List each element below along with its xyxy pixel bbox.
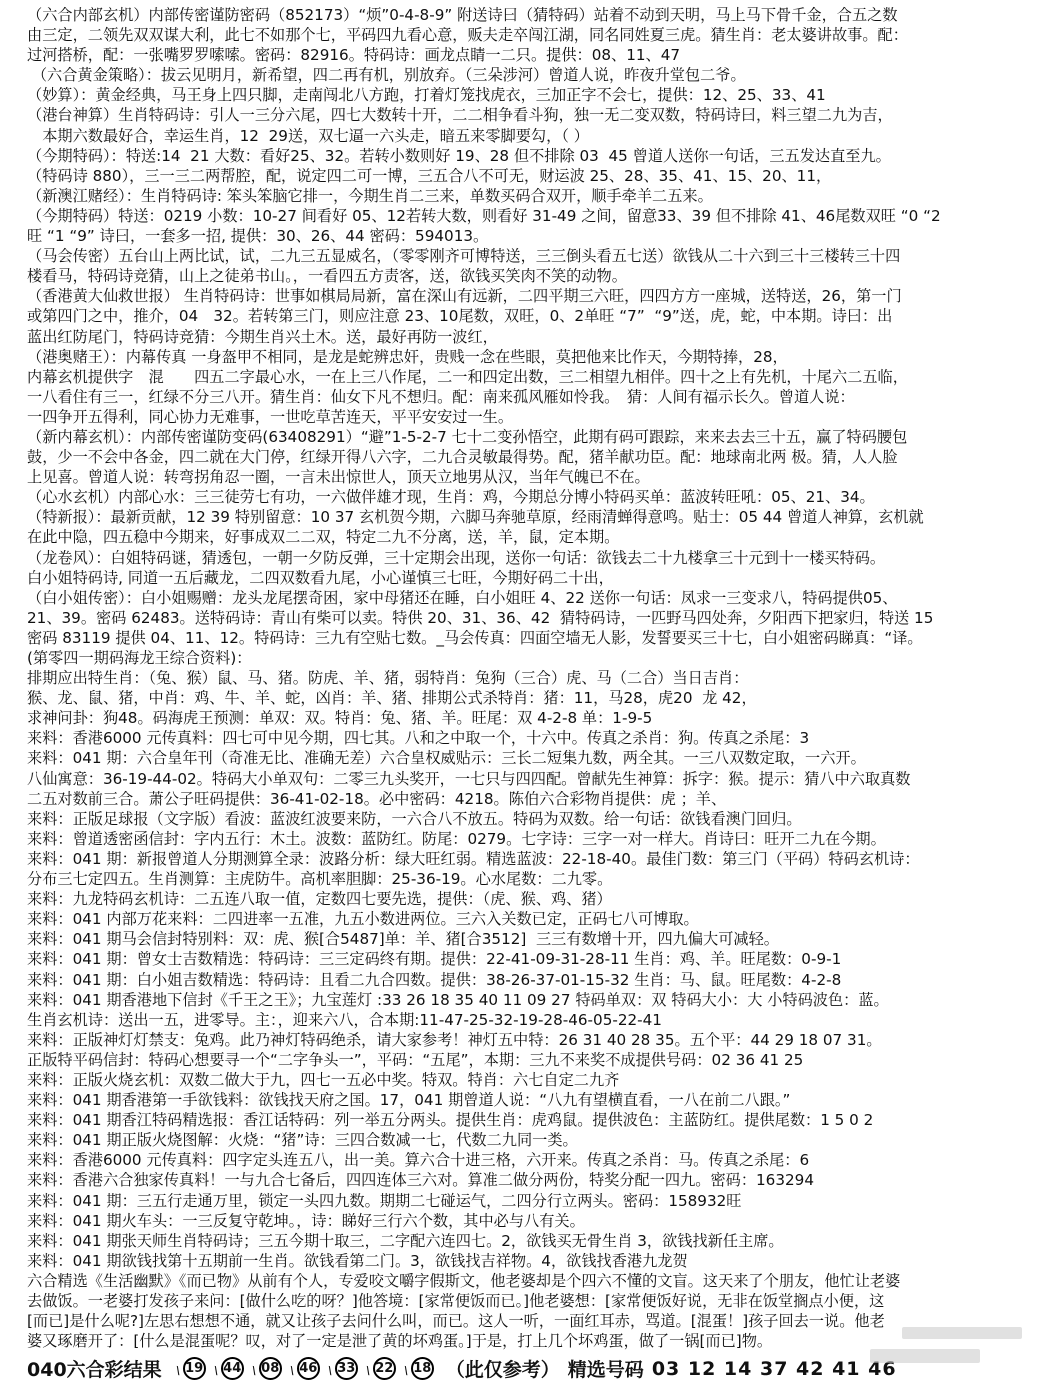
tick-mark-icon: ﹨ (399, 1358, 415, 1379)
text-line: 分布三七定四五。生肖测算：主虎防牛。高机率胆脚：25-36-19。心水尾数：二九… (27, 869, 1026, 889)
text-line: 来料：041 期香江特码精选报：香江话特码：列一举五分两头。提供生肖：虎鸡鼠。提… (27, 1110, 1026, 1130)
text-line: 来料：041 期正版火烧图解：火烧：“猪”诗：三四合数减一七，代数二九同一类。 (27, 1130, 1026, 1150)
text-line: （港奥赌王）：内幕传真 一身盔甲不相同，是龙是蛇辨忠奸，贵贱一念在些眼，莫把他来… (27, 347, 1026, 367)
text-line: 排期应出特生肖：（兔、猴）鼠、马、猪。防虎、羊、猪，弱特肖：兔狗（三合）虎、马（… (27, 668, 1026, 688)
text-line: 一八看住有三一，红绿不分三八开。猜生肖：仙女下凡不想归。配：南来孤风雁如怜我。 … (27, 387, 1026, 407)
tick-mark-icon: ﹨ (246, 1358, 262, 1379)
scan-smudge (902, 1327, 1022, 1339)
text-line: 楼看马，特码诗竞猜，山上之徒弟书山。，一看四五方责客，送，欲钱买笑肉不笑的动物。 (27, 266, 1026, 286)
text-line: 上见喜。曾道人说：转弯拐角忍一圈，一言未出惊世人，顶天立地男从汉，当年气魄已不在… (27, 467, 1026, 487)
text-line: 来料：香港6000 元传真料：四七可中见今期，四七其。八和之中取一个，十六中。传… (27, 728, 1026, 748)
text-line: 来料：041 期香港地下信封《千王之王》；九宝莲灯 :33 26 18 35 4… (27, 990, 1026, 1010)
text-line: (第零四一期码海龙王综合资料)： (27, 648, 1026, 668)
text-line: 蓝出红防尾门，特码诗竞猜：今期生肖兴土木。送，最好再防一波红， (27, 327, 1026, 347)
text-line: 来料：041 期马会信封特别料：双：虎、猴[合5487]单：羊、猪[合3512]… (27, 929, 1026, 949)
text-line: 来料：正版神灯灯禁支：兔鸡。此乃神灯特码绝杀，请大家参考！神灯五中特：26 31… (27, 1030, 1026, 1050)
text-line: 由三定，二领先双双谋大利，此七不如那个七，平码四九看心意，贩夫走卒闯江湖，同名同… (27, 25, 1026, 45)
text-line: 生肖玄机诗：送出一五，进零导。主：，迎来六八，合本期:11-47-25-32-1… (27, 1010, 1026, 1030)
text-line: （特新报）：最新贡献，12 39 特别留意：10 37 玄机贺今期，六脚马奔驰草… (27, 507, 1026, 527)
circled-number: 33 (335, 1357, 358, 1380)
text-line: 或第四门之中，推介，04 32。若转第三门，则应注意 23、10尾数，双旺，0、… (27, 306, 1026, 326)
text-line: 来料：041 期：曾女士吉数精选：特码诗：三三定码终有期。提供：22-41-09… (27, 949, 1026, 969)
picks-label: 精选号码 (568, 1355, 644, 1382)
lottery-tipsheet-page: （六合内部玄机）内部传密谨防密码（852173）“烦”0-4-8-9” 附送诗曰… (0, 0, 1040, 1391)
text-line: 猴、龙、鼠、猪，中肖：鸡、牛、羊、蛇，凶肖：羊、猪、排期公式杀特肖：猪：11，马… (27, 688, 1026, 708)
text-line: 六合精选《生活幽默》《而已物》从前有个人，专爱咬文嚼字假斯文，他老婆却是个四六不… (27, 1271, 1026, 1291)
text-line: （今期特码）特送：0219 小数：10-27 间看好 05、12若转大数，则看好… (27, 206, 1026, 226)
text-line: 过河搭桥，配：一张嘴罗罗嗦嗦。密码：82916。特码诗：画龙点睛一二只。提供：0… (27, 45, 1026, 65)
result-ball: ﹨ 33 (324, 1357, 358, 1380)
text-line: 正版特平码信封：特码心想要寻一个“二字争头一”，平码：“五尾”，本期：三九不来奖… (27, 1050, 1026, 1070)
text-line: 在此中隐，四五稳中今期来，好事成双二二双，特定二九不分离，送，羊，鼠，定本期。 (27, 527, 1026, 547)
result-ball: ﹨ 46 (286, 1357, 320, 1380)
text-line: 内幕玄机提供字 混 四五二字最心水，一在上三八作尾，二一和四定出数，三二相望九相… (27, 367, 1026, 387)
text-line: 旺 “1 “9” 诗曰，一套多一招, 提供：30、26、44 密码：594013… (27, 226, 1026, 246)
text-line: （港台神算）生肖特码诗：引人一三分六尾，四七大数转十开，二二相争看斗狗，独一无二… (27, 105, 1026, 125)
text-line: 本期六数最好合，幸运生肖，12 29送，双七逼一六头走，暗五来零脚要勾，（ ） (27, 126, 1026, 146)
text-line: 二五对数前三合。萧公子旺码提供：36-41-02-18。必中密码：4218。陈伯… (27, 789, 1026, 809)
scan-smudge (870, 1349, 980, 1363)
results-label: 040六合彩结果 (27, 1355, 162, 1382)
text-line: 来料：香港6000 元传真料：四字定头连五八，出一美。算六合十进三格，六开来。传… (27, 1150, 1026, 1170)
tick-mark-icon: ﹨ (208, 1358, 224, 1379)
text-line: 鼓，少一不会中各金，四二就在大门停，红绿开得八六字，二九合灵敏最得势。配，猪羊献… (27, 447, 1026, 467)
picks-numbers: 03 12 14 37 42 41 46 (652, 1358, 897, 1380)
text-line: （特码诗 880），三一三二两帮腔，配，说定四二可一博，三五合八不可无，财运波 … (27, 166, 1026, 186)
text-line: （香港黄大仙救世报） 生肖特码诗：世事如棋局局新，富在深山有远新，二四平期三六旺… (27, 286, 1026, 306)
text-line: （新澳江赌经）：生肖特码诗: 笨头笨脑它排一，今期生肖二三来，单数买码合双开，顺… (27, 186, 1026, 206)
result-ball: ﹨ 19 (172, 1357, 206, 1380)
tick-mark-icon: ﹨ (360, 1358, 376, 1379)
text-line: 来料：曾道透密函信封：字内五行：木土。波数：蓝防红。防尾：0279。七字诗：三字… (27, 829, 1026, 849)
text-line: （心水玄机）内部心水：三三徒劳七有功，一六做伴雄才现，生肖：鸡，今期总分博小特码… (27, 487, 1026, 507)
text-line: （妙算）：黄金经典，马王身上四只脚，走南闯北八方跑，打着灯笼找虎衣，三加正字不会… (27, 85, 1026, 105)
text-line: [而已]是什么呢?]左思右想想不通，就又让孩子去问什么叫，而已。这人一听，一面红… (27, 1311, 1026, 1331)
text-line: 密码 83119 提供 04、11、12。特码诗：三九有空贴七数。_马会传真：四… (27, 628, 1026, 648)
text-line: 求神问卦：狗48。码海虎王预测：单双：双。特肖：兔、猪、羊。旺尾：双 4-2-8… (27, 708, 1026, 728)
text-line: 八仙寓意：36-19-44-02。特码大小单双句：二零三九头奖开，一七只与四四配… (27, 769, 1026, 789)
text-line: 来料：041 期张天师生肖特码诗；三五今期十取三，二字配六连四七。2，欲钱买无骨… (27, 1231, 1026, 1251)
text-line: （白小姐传密）：白小姐赐赠：龙头龙尾摆奇困，家中母猪还在睡，白小姐旺 4、22 … (27, 588, 1026, 608)
text-line: 白小姐特码诗, 同道一五后藏龙，二四双数看九尾，小心谨慎三七旺，今期好码二十出， (27, 568, 1026, 588)
text-line: （龙卷风）：白姐特码谜，猜透包，一朝一夕防反弹，三十定期会出现，送你一句话：欲钱… (27, 548, 1026, 568)
tipsheet-text-body: （六合内部玄机）内部传密谨防密码（852173）“烦”0-4-8-9” 附送诗曰… (0, 5, 1040, 1351)
text-line: 来料：041 期：新报曾道人分期测算全录：波路分析：绿大旺红弱。精选蓝波：22-… (27, 849, 1026, 869)
text-line: （六合黄金策略）：拔云见明月，新希望，四二再有机，别放弃。（三朵涉河）曾道人说，… (27, 65, 1026, 85)
text-line: 来料：041 内部万花来料：二四进率一五准，九五小数进两位。三六入关数已定，正码… (27, 909, 1026, 929)
text-line: 来料：041 期：三五行走通万里，锁定一头四九数。期期二七碰运气，二四分行立两头… (27, 1191, 1026, 1211)
text-line: （六合内部玄机）内部传密谨防密码（852173）“烦”0-4-8-9” 附送诗曰… (27, 5, 1026, 25)
result-number-balls: ﹨ 19 ﹨ 44 ﹨ 08 ﹨ 46 (172, 1357, 438, 1380)
circled-number: 18 (411, 1357, 434, 1380)
tick-mark-icon: ﹨ (284, 1358, 300, 1379)
text-line: 来料：041 期欲钱找第十五期前一生肖。欲钱看第二门。3，欲钱找吉祥物。4，欲钱… (27, 1251, 1026, 1271)
text-line: 来料：香港六合独家传真料！一与九合七备后，四四连体三六对。算准二做分两份，特奖分… (27, 1170, 1026, 1190)
text-line: （今期特码）：特送:14 21 大数：看好25、32。若转小数则好 19、28 … (27, 146, 1026, 166)
tick-mark-icon: ﹨ (170, 1358, 186, 1379)
text-line: （新内幕玄机）：内部传密谨防变码(63408291）“避”1-5-2-7 七十二… (27, 427, 1026, 447)
text-line: 来料：041 期：六合皇年刊（奇准无比、准确无差）六合皇权威贴示：三长二短集九数… (27, 748, 1026, 768)
text-line: 来料：041 期：白小姐吉数精选：特码诗：且看二九合四数。提供：38-26-37… (27, 970, 1026, 990)
text-line: 来料：正版足球报（文字版）看波：蓝波红波要来防，一六合八不放五。特码为双数。给一… (27, 809, 1026, 829)
text-line: 21、39。密码 62483。送特码诗：青山有柴可以卖。特供 20、31、36、… (27, 608, 1026, 628)
circled-number: 22 (373, 1357, 396, 1380)
result-ball: ﹨ 08 (248, 1357, 282, 1380)
text-line: 去做饭。一老婆打发孩子来问：[做什么吃的呀？]他答境：[家常便饭而已。]他老婆想… (27, 1291, 1026, 1311)
result-ball: ﹨ 18 (400, 1357, 434, 1380)
tick-mark-icon: ﹨ (322, 1358, 338, 1379)
reference-note: （此仅参考） (446, 1355, 560, 1382)
text-line: 来料：正版火烧玄机：双数二做大于九，四七一五必中奖。特双。特肖：六七自定二九齐 (27, 1070, 1026, 1090)
text-line: 来料：041 期火车头：一三反复守乾坤。，诗：睇好三行六个数，其中必与八有关。 (27, 1211, 1026, 1231)
result-ball: ﹨ 22 (362, 1357, 396, 1380)
text-line: 一四争开五得利，同心协力无难事，一世吃草苦连天，平平安安过一生。 (27, 407, 1026, 427)
result-ball: ﹨ 44 (210, 1357, 244, 1380)
text-line: 来料：041 期香港第一手欲钱料：欲钱找天府之国。17，041 期曾道人说：“八… (27, 1090, 1026, 1110)
text-line: 来料：九龙特码玄机诗：二五连八取一值，定数四七要先选，提供：（虎、猴、鸡、猪） (27, 889, 1026, 909)
text-line: （马会传密）五台山上两比试，试，二九三五显威名，（零零刚齐可博特送，三三倒头看五… (27, 246, 1026, 266)
